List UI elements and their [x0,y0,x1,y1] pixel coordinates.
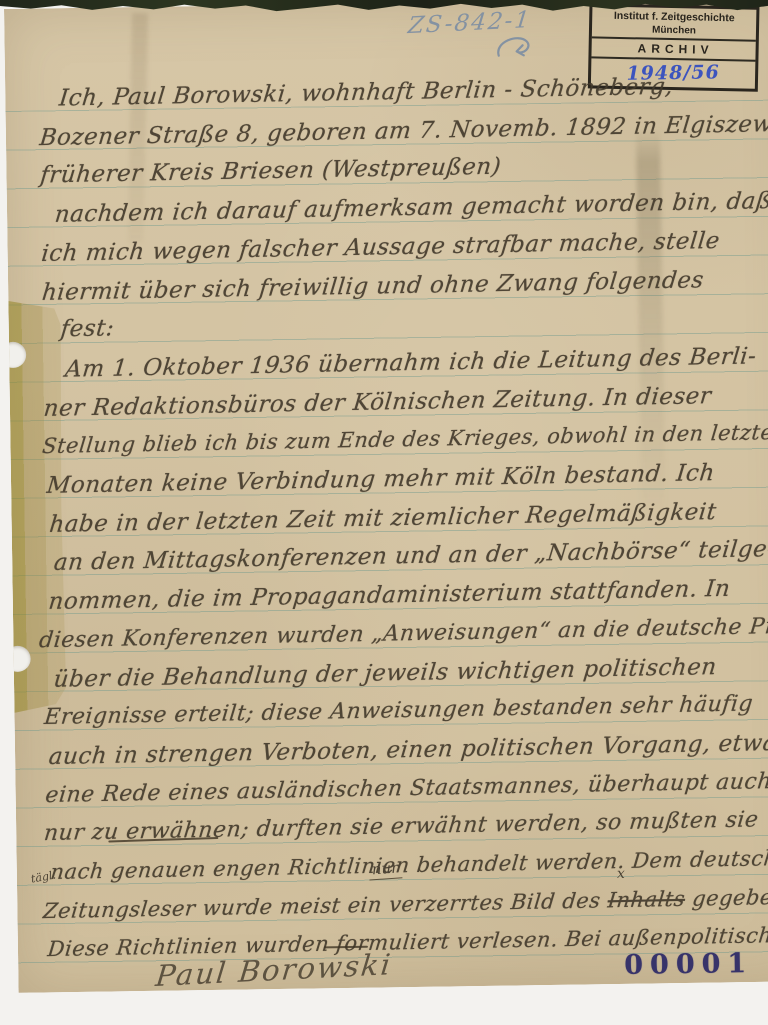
inserted-word: nur [368,858,402,880]
handwritten-line: fest: [59,315,115,342]
handwritten-line: über die Behandlung der jeweils wichtige… [52,654,718,693]
handwritten-line: nach genauen engen Richtlinien behandelt… [49,846,768,885]
handwritten-line: hiermit über sich freiwillig und ohne Zw… [41,267,705,306]
handwritten-line: ner Redaktionsbüros der Kölnischen Zeitu… [42,383,712,422]
handwritten-line: früherer Kreis Briesen (Westpreußen) [39,154,502,189]
handwritten-line: nachdem ich darauf aufmerksam gemacht wo… [54,188,768,228]
handwritten-line: an den Mittagskonferenzen und an der „Na… [53,536,768,576]
page-number-stamp: 00001 [624,948,753,981]
handwritten-line: eine Rede eines ausländischen Staatsmann… [44,769,768,808]
handwritten-line: Monaten keine Verbindung mehr mit Köln b… [46,460,717,499]
handwritten-line: Stellung blieb ich bis zum Ende des Krie… [41,420,768,458]
line-segment: Zeitungsleser wurde meist ein verzerrtes… [42,888,609,923]
handwritten-line: auch in strengen Verboten, einen politis… [48,730,768,770]
handwritten-line: diesen Konferenzen wurden „Anweisungen“ … [38,613,768,653]
handwritten-line: Ich, Paul Borowski, wohnhaft Berlin - Sc… [58,74,675,112]
handwritten-line: ich mich wegen falscher Aussage strafbar… [40,228,721,267]
pencil-check-mark [492,31,537,72]
insert-x-mark: x [617,866,625,882]
handwritten-line: habe in der letzten Zeit mit ziemlicher … [48,499,718,538]
handwritten-line: nommen, die im Propagandaministerium sta… [47,576,731,615]
line-segment: gegeben. [684,885,768,911]
handwritten-line: Zeitungsleser wurde meist ein verzerrtes… [42,885,768,923]
handwritten-line: Ereignisse erteilt; diese Anweisungen be… [43,691,754,730]
crossed-out-word: Inhalts [607,887,687,913]
paper-sheet: ZS-842-1 Institut f. Zeitgeschichte Münc… [4,0,768,993]
scanned-document: ZS-842-1 Institut f. Zeitgeschichte Münc… [0,0,768,1025]
handwritten-line: Am 1. Oktober 1936 übernahm ich die Leit… [64,343,758,382]
handwritten-line: Bozener Straße 8, geboren am 7. Novemb. … [38,111,768,152]
